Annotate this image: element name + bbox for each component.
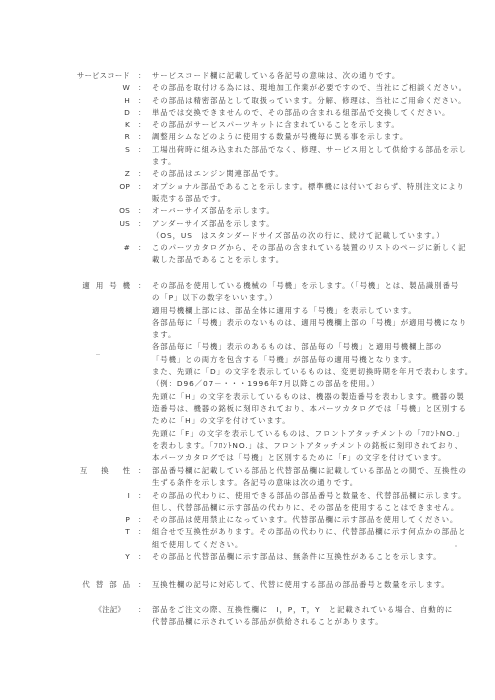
applicable-serial-line: を表わします。「ﾌﾛﾝﾄNO.」は、フロントアタッチメントの銘板に刻印されており… [152, 440, 463, 452]
code-row-os: OS ： オーバーサイズ部品を示します。 [0, 205, 495, 217]
applicable-serial-line: その部品を使用している機械の「号機」を示します。（「号機」とは、製品識別番号 [152, 280, 459, 292]
applicable-serial-row: 本パーツカタログでは「号機」と区別するために「F」の文字を付けています。 [0, 452, 495, 464]
code-label: S [125, 144, 130, 156]
colon: ： [138, 181, 145, 193]
code-label: R [125, 131, 130, 143]
note-line: 部品をご注文の際、互換性欄に I，P，T，Y と記載されている場合、自動的に [152, 604, 453, 616]
interchangeability-section: 互換性 ： 部品番号欄に記載している部品と代替部品欄に記載している部品との間で、… [0, 465, 495, 563]
code-row-us-cont: （OS，US はスタンダードサイズ部品の次の行に、続けて記載しています。） [0, 230, 495, 242]
colon: ： [138, 551, 145, 563]
note-label: 《注記》 [95, 604, 125, 616]
applicable-serial-row: 先頭に「F」の文字を表示しているものは、フロントアタッチメントの「ﾌﾛﾝﾄNO.… [0, 428, 495, 440]
code-label: W [122, 82, 130, 94]
colon: ： [138, 70, 145, 82]
code-row-us: US ： アンダーサイズ部品を示します。 [0, 218, 495, 230]
scan-speck [96, 354, 100, 355]
code-description: その部品の代わりに、使用できる部品の部品番号と数量を、代替部品欄に示します。 [152, 490, 466, 502]
code-row-op: OP ： オプショナル部品であることを示します。標準機には付いておらず、特別注文… [0, 181, 495, 193]
colon: ： [138, 280, 145, 292]
applicable-serial-label: 適用号機 [82, 280, 136, 292]
interchange-row-y: Y ： その部品と代替部品欄に示す部品は、無条件に互換性があることを示します。 [0, 551, 495, 563]
code-description: 組合せで互換性があります。その部品の代わりに、代替部品欄に示す何点かの部品と [152, 526, 466, 538]
applicable-serial-line: また、先頭に「D」の文字を表示しているものは、変更切換時期を年月で表わします。 [152, 366, 473, 378]
code-row-r: R ： 調整用シムなどのように使用する数量が号機毎に異る事を示します。 [0, 131, 495, 143]
applicable-serial-line: 先頭に「H」の文字を表示しているものは、機器の製造番号を表わします。機器の製 [152, 391, 465, 403]
code-description: その部品はエンジン関連部品です。 [152, 168, 284, 180]
colon: ： [138, 205, 145, 217]
code-description: その部品がサービスパーツキットに含まれていることを示します。 [152, 119, 400, 131]
interchange-row-i-cont: 但し、代替部品欄に示す部品の代わりに、その部品を使用することはできません。 [0, 502, 495, 514]
interchange-row-p: P ： その部品は使用禁止になっています。代替部品欄に示す部品を使用してください… [0, 514, 495, 526]
colon: ： [138, 107, 145, 119]
service-code-section: サービスコード ： サービスコード欄に記載している各記号の意味は、次の通りです。… [0, 70, 495, 267]
substitute-parts-section: 代替部品 ： 互換性欄の記号に対応して、代替に使用する部品の部品番号と数量を示し… [0, 579, 495, 591]
catalog-explanation-page: サービスコード ： サービスコード欄に記載している各記号の意味は、次の通りです。… [0, 0, 495, 700]
applicable-serial-row-0: 適用号機 ： その部品を使用している機械の「号機」を示します。（「号機」とは、製… [0, 280, 495, 292]
colon: ： [138, 242, 145, 254]
code-description-continued: 載した部品であることを示します。 [152, 254, 284, 266]
service-code-intro: サービスコード欄に記載している各記号の意味は、次の通りです。 [152, 70, 400, 82]
code-row-d: D ： 単品では交換できませんので、その部品の含まれる組部品で交換してください。 [0, 107, 495, 119]
code-label: Y [125, 551, 130, 563]
colon: ： [138, 465, 145, 477]
applicable-serial-row: （例：D96／07－・・・1996年7月以降この部品を使用。） [0, 378, 495, 390]
code-row-s-cont: ます。 [0, 156, 495, 168]
colon: ： [138, 168, 145, 180]
applicable-serial-row: 「号機」との両方を包含する「号機」が部品毎の適用号機となります。 [0, 354, 495, 366]
code-label: Z [125, 168, 130, 180]
colon: ： [138, 579, 145, 591]
service-code-heading-row: サービスコード ： サービスコード欄に記載している各記号の意味は、次の通りです。 [0, 70, 495, 82]
applicable-serial-line: 先頭に「F」の文字を表示しているものは、フロントアタッチメントの「ﾌﾛﾝﾄNO.… [152, 428, 464, 440]
applicable-serial-line: 「号機」との両方を包含する「号機」が部品毎の適用号機となります。 [152, 354, 417, 366]
note-line: 代替部品欄に示されている部品が供給されることがあります。 [152, 616, 384, 628]
note-row-0: 《注記》 ： 部品をご注文の際、互換性欄に I，P，T，Y と記載されている場合… [0, 604, 495, 616]
code-description-continued: （OS，US はスタンダードサイズ部品の次の行に、続けて記載しています。） [152, 230, 445, 242]
code-label: I [128, 490, 130, 502]
code-row-z: Z ： その部品はエンジン関連部品です。 [0, 168, 495, 180]
code-description: アンダーサイズ部品を示します。 [152, 218, 275, 230]
code-description: その部品は精密部品として取扱っています。分解、修理は、当社にご用命ください。 [152, 95, 466, 107]
interchangeability-intro: 部品番号欄に記載している部品と代替部品欄に記載している部品との間で、互換性の [152, 465, 467, 477]
code-description-continued: 但し、代替部品欄に示す部品の代わりに、その部品を使用することはできません。 [152, 502, 459, 514]
colon: ： [138, 119, 145, 131]
substitute-parts-label: 代替部品 [82, 579, 136, 591]
interchangeability-intro: 生ずる条件を示します。各記号の意味は次の通りです。 [152, 477, 358, 489]
code-row-hash: # ： このパーツカタログから、その部品の含まれている装置のリストのページに新し… [0, 242, 495, 254]
colon: ： [138, 514, 145, 526]
applicable-serial-line: 各部品毎に「号機」表示のないものは、適用号機欄上部の「号機」が適用号機になり [152, 317, 467, 329]
applicable-serial-section: 適用号機 ： その部品を使用している機械の「号機」を示します。（「号機」とは、製… [0, 280, 495, 464]
colon: ： [138, 526, 145, 538]
code-description-continued: ます。 [152, 156, 176, 168]
applicable-serial-line: 適用号機欄上部には、部品全体に適用する「号機」を表示しています。 [152, 305, 417, 317]
code-description: 工場出荷時に組み込まれた部品でなく、修理、サービス用として供給する部品を示し [152, 144, 467, 156]
code-description: オプショナル部品であることを示します。標準機には付いておらず、特別注文により [152, 181, 465, 193]
colon: ： [138, 218, 145, 230]
code-label: P [125, 514, 130, 526]
applicable-serial-row: 先頭に「H」の文字を表示しているものは、機器の製造番号を表わします。機器の製 [0, 391, 495, 403]
code-description: その部品を取付ける為には、現地加工作業が必要ですので、当社にご相談ください。 [152, 82, 467, 94]
code-description-continued: 販売する部品です。 [152, 193, 226, 205]
colon: ： [138, 144, 145, 156]
code-row-k: K ： その部品がサービスパーツキットに含まれていることを示します。 [0, 119, 495, 131]
colon: ： [138, 82, 145, 94]
interchange-row-i: I ： その部品の代わりに、使用できる部品の部品番号と数量を、代替部品欄に示しま… [0, 490, 495, 502]
code-row-h: H ： その部品は精密部品として取扱っています。分解、修理は、当社にご用命くださ… [0, 95, 495, 107]
applicable-serial-line: ために「H」の文字を付けています。 [152, 415, 291, 427]
interchange-row-t: T ： 組合せで互換性があります。その部品の代わりに、代替部品欄に示す何点かの部… [0, 526, 495, 538]
interchangeability-row: 生ずる条件を示します。各記号の意味は次の通りです。 [0, 477, 495, 489]
code-description: 調整用シムなどのように使用する数量が号機毎に異る事を示します。 [152, 131, 408, 143]
note-section: 《注記》 ： 部品をご注文の際、互換性欄に I，P，T，Y と記載されている場合… [0, 604, 495, 629]
service-code-label: サービスコード [77, 70, 130, 82]
code-row-op-cont: 販売する部品です。 [0, 193, 495, 205]
colon: ： [138, 604, 145, 616]
code-description: その部品は使用禁止になっています。代替部品欄に示す部品を使用してください。 [152, 514, 458, 526]
applicable-serial-row: ます。 [0, 329, 495, 341]
applicable-serial-line: 造番号は、機器の銘板に刻印されており、本パーツカタログでは「号機」と区別する [152, 403, 467, 415]
applicable-serial-row: を表わします。「ﾌﾛﾝﾄNO.」は、フロントアタッチメントの銘板に刻印されており… [0, 440, 495, 452]
code-label: # [124, 242, 130, 254]
applicable-serial-row: また、先頭に「D」の文字を表示しているものは、変更切換時期を年月で表わします。 [0, 366, 495, 378]
applicable-serial-line: ます。 [152, 329, 176, 341]
interchange-row-t-cont: 組で使用してください。 [0, 539, 495, 551]
applicable-serial-row: 各部品毎に「号機」表示のあるものは、部品毎の「号機」と適用号機欄上部の [0, 341, 495, 353]
code-description: このパーツカタログから、その部品の含まれている装置のリストのページに新しく記 [152, 242, 466, 254]
colon: ： [138, 95, 145, 107]
applicable-serial-line: （例：D96／07－・・・1996年7月以降この部品を使用。） [152, 378, 379, 390]
code-label: D [124, 107, 130, 119]
code-row-s: S ： 工場出荷時に組み込まれた部品でなく、修理、サービス用として供給する部品を… [0, 144, 495, 156]
scan-speck [455, 545, 457, 547]
code-description: 単品では交換できませんので、その部品の含まれる組部品で交換してください。 [152, 107, 450, 119]
applicable-serial-row: ために「H」の文字を付けています。 [0, 415, 495, 427]
applicable-serial-line: の「P」以下の数字をいいます。） [152, 292, 277, 304]
applicable-serial-row: 造番号は、機器の銘板に刻印されており、本パーツカタログでは「号機」と区別する [0, 403, 495, 415]
interchangeability-row-0: 互換性 ： 部品番号欄に記載している部品と代替部品欄に記載している部品との間で、… [0, 465, 495, 477]
code-row-hash-cont: 載した部品であることを示します。 [0, 254, 495, 266]
code-description: オーバーサイズ部品を示します。 [152, 205, 275, 217]
code-description-continued: 組で使用してください。 [152, 539, 243, 551]
code-label: OS [119, 205, 130, 217]
note-row: 代替部品欄に示されている部品が供給されることがあります。 [0, 616, 495, 628]
applicable-serial-row: 各部品毎に「号機」表示のないものは、適用号機欄上部の「号機」が適用号機になり [0, 317, 495, 329]
applicable-serial-row: 適用号機欄上部には、部品全体に適用する「号機」を表示しています。 [0, 305, 495, 317]
colon: ： [138, 131, 145, 143]
code-label: US [119, 218, 130, 230]
code-row-w: W ： その部品を取付ける為には、現地加工作業が必要ですので、当社にご相談くださ… [0, 82, 495, 94]
code-label: T [125, 526, 130, 538]
code-label: K [125, 119, 130, 131]
code-label: H [124, 95, 130, 107]
applicable-serial-row: の「P」以下の数字をいいます。） [0, 292, 495, 304]
interchangeability-label: 互換性 [80, 465, 144, 477]
substitute-parts-line: 互換性欄の記号に対応して、代替に使用する部品の部品番号と数量を示します。 [152, 579, 450, 591]
code-label: OP [119, 181, 130, 193]
colon: ： [138, 490, 145, 502]
applicable-serial-line: 各部品毎に「号機」表示のあるものは、部品毎の「号機」と適用号機欄上部の [152, 341, 442, 353]
applicable-serial-line: 本パーツカタログでは「号機」と区別するために「F」の文字を付けています。 [152, 452, 446, 464]
substitute-parts-row: 代替部品 ： 互換性欄の記号に対応して、代替に使用する部品の部品番号と数量を示し… [0, 579, 495, 591]
code-description: その部品と代替部品欄に示す部品は、無条件に互換性があることを示します。 [152, 551, 442, 563]
